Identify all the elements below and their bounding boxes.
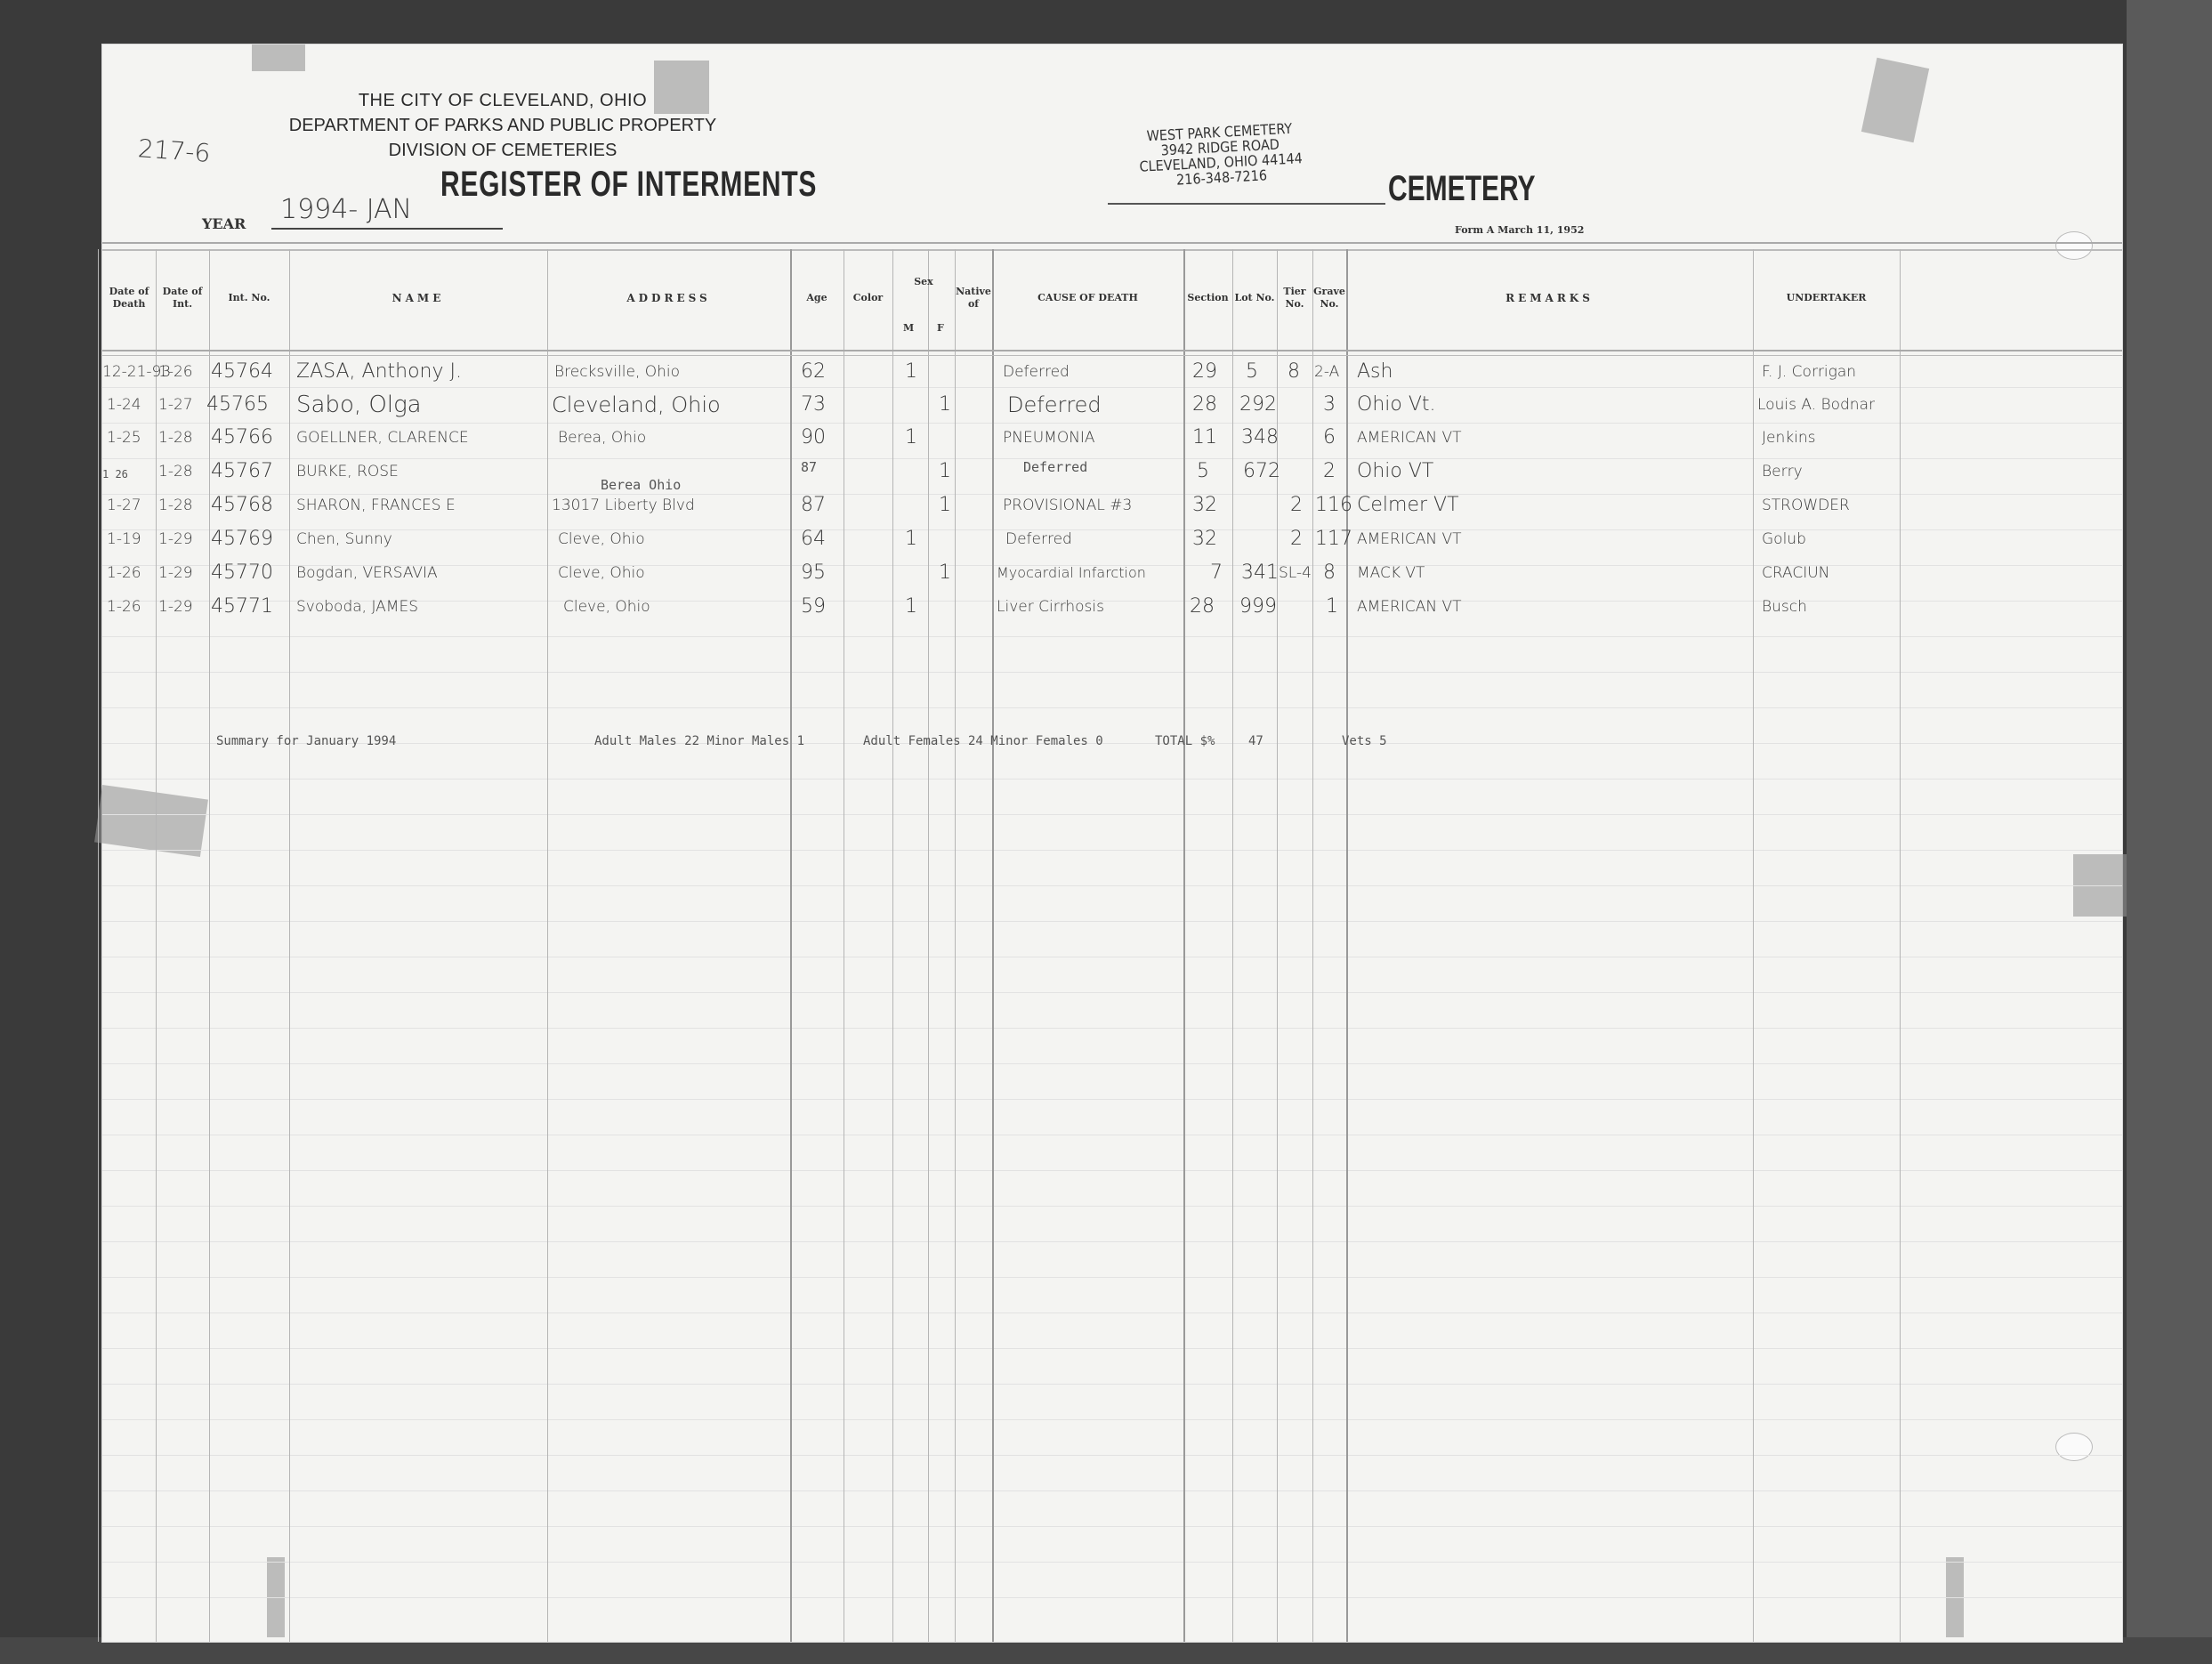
cell-undertaker: STROWDER	[1762, 488, 1850, 523]
col-lot-no: Lot No.	[1232, 249, 1277, 347]
cell-age: 64	[801, 521, 826, 557]
cell-sex-m: 1	[905, 354, 917, 390]
cell-int-no: 45764	[211, 354, 273, 390]
tape-top-left	[252, 44, 305, 71]
cell-tier: 8	[1288, 354, 1300, 390]
cell-address: Cleve, Ohio	[563, 589, 650, 625]
cell-undertaker: Busch	[1762, 589, 1807, 625]
cell-int-no: 45770	[211, 555, 273, 591]
col-cause-of-death: CAUSE OF DEATH	[992, 249, 1183, 347]
cell-cause: Liver Cirrhosis	[997, 589, 1104, 625]
table-row: 1-25 1-28 45766 GOELLNER, CLARENCE Berea…	[102, 420, 2122, 456]
cell-lot: 999	[1239, 589, 1277, 625]
col-date-of-int: Date of Int.	[156, 249, 209, 347]
cell-remarks: AMERICAN VT	[1357, 521, 1462, 557]
cell-date-of-int: 1-28	[158, 454, 193, 489]
col-tier-no: Tier No.	[1277, 249, 1312, 347]
scanner-frame-right	[2127, 0, 2212, 1664]
col-int-no: Int. No.	[218, 249, 280, 347]
cell-sex-m: 1	[905, 420, 917, 456]
col-address: ADDRESS	[547, 249, 790, 347]
cell-name: Chen, Sunny	[296, 521, 392, 557]
cell-tier: SL-4	[1279, 555, 1312, 591]
cell-date-of-death: 1-26	[107, 589, 141, 625]
col-grave-no: Grave No.	[1312, 249, 1346, 347]
cell-section: 28	[1190, 589, 1215, 625]
cell-tier: 2	[1290, 488, 1303, 523]
cell-section: 5	[1197, 454, 1209, 489]
cell-name: SHARON, FRANCES E	[296, 488, 456, 523]
table-row: 1-26 1-29 45771 Svoboda, JAMES Cleve, Oh…	[102, 589, 2122, 625]
cell-date-of-death: 1-25	[107, 420, 141, 456]
cell-date-of-death: 1-26	[107, 555, 141, 591]
col-undertaker: UNDERTAKER	[1753, 249, 1900, 347]
cell-age: 59	[801, 589, 826, 625]
cell-lot: 292	[1239, 387, 1277, 423]
cell-grave: 6	[1323, 420, 1336, 456]
cell-sex-f: 1	[939, 555, 951, 591]
cell-int-no: 45768	[211, 488, 273, 523]
cell-section: 7	[1210, 555, 1223, 591]
cell-sex-f: 1	[939, 387, 951, 423]
cell-int-no: 45767	[211, 454, 273, 489]
cell-address: Brecksville, Ohio	[554, 354, 680, 390]
cell-address: Cleveland, Ohio	[552, 387, 721, 423]
reference-number: 217-6	[137, 133, 211, 168]
cell-remarks: Ohio VT	[1357, 454, 1433, 489]
table-row: 12-21-93 1-26 45764 ZASA, Anthony J. Bre…	[102, 354, 2122, 390]
cell-remarks: AMERICAN VT	[1357, 589, 1462, 625]
col-sex: Sex	[892, 249, 955, 347]
cell-cause: PNEUMONIA	[1003, 420, 1095, 456]
interments-table: Date of Death Date of Int. Int. No. NAME…	[102, 249, 2122, 1642]
cell-address: Cleve, Ohio	[558, 555, 645, 591]
cell-name: ZASA, Anthony J.	[296, 354, 462, 390]
register-page: THE CITY OF CLEVELAND, OHIO DEPARTMENT O…	[102, 44, 2122, 1642]
cell-date-of-int: 1-28	[158, 420, 193, 456]
cell-remarks: Celmer VT	[1357, 488, 1459, 523]
cell-date-of-int: 1-26	[158, 354, 193, 390]
cell-name: Sabo, Olga	[296, 387, 422, 423]
cell-int-no: 45765	[206, 387, 269, 423]
cell-cause: Myocardial Infarction	[997, 555, 1146, 591]
col-sex-m: M	[903, 322, 914, 334]
col-color: Color	[844, 249, 892, 347]
cell-remarks: MACK VT	[1357, 555, 1425, 591]
col-sex-f: F	[937, 322, 944, 334]
col-name: NAME	[289, 249, 547, 347]
cell-date-of-death: 1-19	[107, 521, 141, 557]
summary-total-label: TOTAL $%	[1155, 734, 1215, 748]
tape-top-right	[1861, 58, 1929, 143]
col-remarks: REMARKS	[1346, 249, 1753, 347]
table-row: 1 26 1-28 45767 BURKE, ROSE Berea Ohio 8…	[102, 454, 2122, 489]
cell-grave: 116	[1315, 488, 1352, 523]
cell-remarks: Ohio Vt.	[1357, 387, 1436, 423]
cell-age: 87	[801, 488, 826, 523]
cell-sex-f: 1	[939, 454, 951, 489]
cell-sex-f: 1	[939, 488, 951, 523]
cell-sex-m: 1	[905, 521, 917, 557]
cell-int-no: 45771	[211, 589, 273, 625]
cell-undertaker: F. J. Corrigan	[1762, 354, 1856, 390]
cell-int-no: 45766	[211, 420, 273, 456]
cell-section: 32	[1192, 521, 1217, 557]
cell-lot: 341	[1241, 555, 1279, 591]
cell-date-of-int: 1-29	[158, 521, 193, 557]
cell-remarks: AMERICAN VT	[1357, 420, 1462, 456]
col-native-of: Native of	[955, 249, 992, 347]
cell-undertaker: Louis A. Bodnar	[1757, 387, 1875, 423]
form-note: Form A March 11, 1952	[1455, 224, 1584, 236]
cell-grave: 3	[1323, 387, 1336, 423]
cell-cause: Deferred	[1023, 454, 1087, 489]
cell-grave: 8	[1323, 555, 1336, 591]
cell-address: 13017 Liberty Blvd	[552, 488, 695, 523]
cell-address: Berea, Ohio	[558, 420, 646, 456]
cell-date-of-int: 1-29	[158, 555, 193, 591]
cell-sex-m: 1	[905, 589, 917, 625]
cell-lot: 5	[1246, 354, 1258, 390]
cell-age: 95	[801, 555, 826, 591]
cell-section: 28	[1192, 387, 1217, 423]
summary-vets: Vets 5	[1342, 734, 1387, 748]
cell-cause: PROVISIONAL #3	[1003, 488, 1132, 523]
cell-date-of-int: 1-29	[158, 589, 193, 625]
cell-age: 73	[801, 387, 826, 423]
col-section: Section	[1183, 249, 1232, 347]
cemetery-stamp: WEST PARK CEMETERY 3942 RIDGE ROAD CLEVE…	[1137, 120, 1304, 190]
cell-remarks: Ash	[1357, 354, 1393, 390]
cell-section: 11	[1192, 420, 1217, 456]
table-row: 1-27 1-28 45768 SHARON, FRANCES E 13017 …	[102, 488, 2122, 523]
cell-undertaker: Jenkins	[1762, 420, 1815, 456]
cell-lot: 672	[1243, 454, 1280, 489]
cell-date-of-int: 1-28	[158, 488, 193, 523]
col-date-of-death: Date of Death	[102, 249, 156, 347]
summary-total-value: 47	[1248, 734, 1263, 748]
cell-age: 87	[801, 454, 817, 489]
cell-date-of-death: 1-24	[107, 387, 141, 423]
cell-section: 29	[1192, 354, 1217, 390]
cemetery-label: CEMETERY	[1388, 169, 1536, 209]
cell-grave: 1	[1326, 589, 1338, 625]
summary-females: Adult Females 24 Minor Females 0	[863, 734, 1103, 748]
cemetery-name-line	[1108, 203, 1385, 205]
cell-cause: Deferred	[1005, 521, 1072, 557]
cell-cause: Deferred	[1003, 354, 1070, 390]
table-row: 1-19 1-29 45769 Chen, Sunny Cleve, Ohio …	[102, 521, 2122, 557]
cell-undertaker: Berry	[1762, 454, 1803, 489]
cell-int-no: 45769	[211, 521, 273, 557]
cell-grave: 2	[1323, 454, 1336, 489]
cell-name: GOELLNER, CLARENCE	[296, 420, 469, 456]
cell-grave: 117	[1315, 521, 1352, 557]
year-value: 1994- JAN	[271, 194, 503, 230]
table-row: 1-24 1-27 45765 Sabo, Olga Cleveland, Oh…	[102, 387, 2122, 423]
col-age: Age	[790, 249, 844, 347]
cell-date-of-int: 1-27	[158, 387, 193, 423]
cell-address: Cleve, Ohio	[558, 521, 645, 557]
cell-grave: 2-A	[1314, 354, 1339, 390]
department-heading: DEPARTMENT OF PARKS AND PUBLIC PROPERTY	[227, 116, 779, 136]
cell-name: Bogdan, VERSAVIA	[296, 555, 438, 591]
cell-undertaker: Golub	[1762, 521, 1806, 557]
year-label: YEAR	[202, 215, 246, 232]
cell-name: Svoboda, JAMES	[296, 589, 418, 625]
cell-date-of-death: 1-27	[107, 488, 141, 523]
cell-section: 32	[1192, 488, 1217, 523]
cell-tier: 2	[1290, 521, 1303, 557]
table-row: 1-26 1-29 45770 Bogdan, VERSAVIA Cleve, …	[102, 555, 2122, 591]
cell-lot: 348	[1241, 420, 1279, 456]
summary-males: Adult Males 22 Minor Males 1	[594, 734, 804, 748]
city-heading: THE CITY OF CLEVELAND, OHIO	[289, 91, 716, 111]
cell-age: 62	[801, 354, 826, 390]
cell-undertaker: CRACIUN	[1762, 555, 1829, 591]
summary-period: Summary for January 1994	[216, 734, 396, 748]
cell-name: BURKE, ROSE	[296, 454, 399, 489]
division-heading: DIVISION OF CEMETERIES	[289, 141, 716, 161]
cell-age: 90	[801, 420, 826, 456]
cell-cause: Deferred	[1007, 387, 1102, 423]
